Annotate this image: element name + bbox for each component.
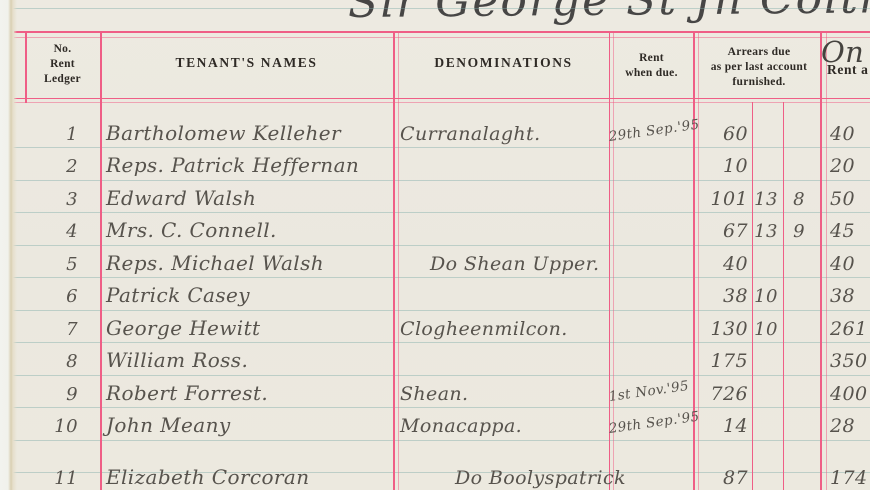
arrears-pence: 9 [783, 221, 815, 242]
arrears-shillings: 13 [752, 221, 780, 242]
arrears-pounds: 726 [694, 383, 748, 405]
rent-account-value: 28 [830, 415, 870, 437]
denomination: Shean. [400, 383, 606, 405]
table-row: 9 Robert Forrest. Shean. 1st Nov.'95 726… [0, 374, 870, 408]
row-number: 4 [30, 221, 78, 242]
rent-due-date [610, 360, 693, 372]
rent-due-date: 29th Sep.'95 [608, 409, 693, 437]
rent-account-value: 400 [830, 383, 870, 405]
table-row: 4 Mrs. C. Connell. 67 13 9 45 [0, 211, 870, 245]
rent-account-value: 174 [830, 467, 870, 489]
arrears-pounds: 38 [694, 285, 748, 307]
arrears-pounds: 10 [694, 155, 748, 177]
row-number: 9 [30, 384, 78, 405]
rent-account-value: 261 [830, 318, 870, 340]
rent-due-date [610, 230, 693, 242]
arrears-pounds: 14 [694, 415, 748, 437]
tenant-name: Reps. Michael Walsh [106, 251, 391, 275]
tenant-name: Elizabeth Corcoran [106, 465, 391, 489]
table-row: 7 George Hewitt Clogheenmilcon. 130 10 2… [0, 309, 870, 343]
arrears-shillings: 10 [752, 286, 780, 307]
arrears-pounds: 87 [694, 467, 748, 489]
arrears-shillings: 13 [752, 189, 780, 210]
denomination: Curranalaght. [400, 123, 606, 145]
denomination: Monacappa. [400, 415, 606, 437]
rent-account-value: 50 [830, 188, 870, 210]
horizontal-rule [14, 37, 870, 38]
row-number: 3 [30, 189, 78, 210]
arrears-pence: 8 [783, 189, 815, 210]
rent-due-date [610, 328, 693, 340]
table-row: 6 Patrick Casey 38 10 38 [0, 276, 870, 310]
tenant-name: William Ross. [106, 348, 391, 372]
table-row: 10 John Meany Monacappa. 29th Sep.'95 14… [0, 406, 870, 440]
tenant-name: Robert Forrest. [106, 381, 391, 405]
header-denominations: DENOMINATIONS [398, 55, 609, 71]
header-right-column: Rent a [827, 62, 870, 78]
rent-account-value: 40 [830, 253, 870, 275]
arrears-pounds: 130 [694, 318, 748, 340]
header-rent-when-due: Rent when due. [609, 51, 694, 81]
handwritten-title: Sir George St Jn Colthurst B [348, 0, 870, 28]
row-number: 10 [30, 416, 78, 437]
tenant-name: Edward Walsh [106, 186, 391, 210]
row-number: 2 [30, 156, 78, 177]
table-row: 3 Edward Walsh 101 13 8 50 [0, 179, 870, 213]
header-no-rent-ledger: No. Rent Ledger [25, 42, 100, 87]
arrears-pounds: 175 [694, 350, 748, 372]
denomination: Clogheenmilcon. [400, 318, 606, 340]
table-row: 11 Elizabeth Corcoran Do Boolyspatrick 8… [0, 452, 870, 490]
row-number: 1 [30, 124, 78, 145]
rent-account-value: 38 [830, 285, 870, 307]
rent-due-date [610, 295, 693, 307]
tenant-name: John Meany [106, 413, 391, 437]
rent-account-value: 20 [830, 155, 870, 177]
ruled-line [13, 8, 870, 9]
table-row: 2 Reps. Patrick Heffernan 10 20 [0, 146, 870, 180]
arrears-pounds: 40 [694, 253, 748, 275]
rent-account-value: 350 [830, 350, 870, 372]
arrears-shillings: 10 [752, 319, 780, 340]
row-number: 7 [30, 319, 78, 340]
row-number: 6 [30, 286, 78, 307]
rent-due-date [610, 165, 693, 177]
rent-due-date: 29th Sep.'95 [608, 117, 693, 145]
rent-account-value: 40 [830, 123, 870, 145]
tenant-name: Bartholomew Kelleher [106, 121, 391, 145]
tenant-name: Patrick Casey [106, 283, 391, 307]
table-row: 8 William Ross. 175 350 [0, 341, 870, 375]
row-number: 8 [30, 351, 78, 372]
denomination: Do Shean Upper. [400, 253, 636, 275]
tenant-name: George Hewitt [106, 316, 391, 340]
ledger-page: Sir George St Jn Colthurst B [0, 0, 870, 490]
tenant-name: Mrs. C. Connell. [106, 218, 391, 242]
row-number: 11 [30, 468, 78, 489]
rent-due-date [610, 198, 693, 210]
row-number: 5 [30, 254, 78, 275]
arrears-pounds: 101 [694, 188, 748, 210]
table-row: 1 Bartholomew Kelleher Curranalaght. 29t… [0, 114, 870, 148]
header-tenants-names: TENANT'S NAMES [100, 55, 393, 71]
table-row: 5 Reps. Michael Walsh Do Shean Upper. 40… [0, 244, 870, 278]
horizontal-rule [14, 31, 870, 33]
arrears-pounds: 60 [694, 123, 748, 145]
header-arrears: Arrears due as per last account furnishe… [698, 45, 820, 90]
rent-due-date: 1st Nov.'95 [608, 377, 693, 405]
tenant-name: Reps. Patrick Heffernan [106, 153, 391, 177]
denomination: Do Boolyspatrick [400, 467, 661, 489]
rent-account-value: 45 [830, 220, 870, 242]
horizontal-rule [14, 98, 870, 100]
arrears-pounds: 67 [694, 220, 748, 242]
horizontal-rule [14, 102, 870, 103]
